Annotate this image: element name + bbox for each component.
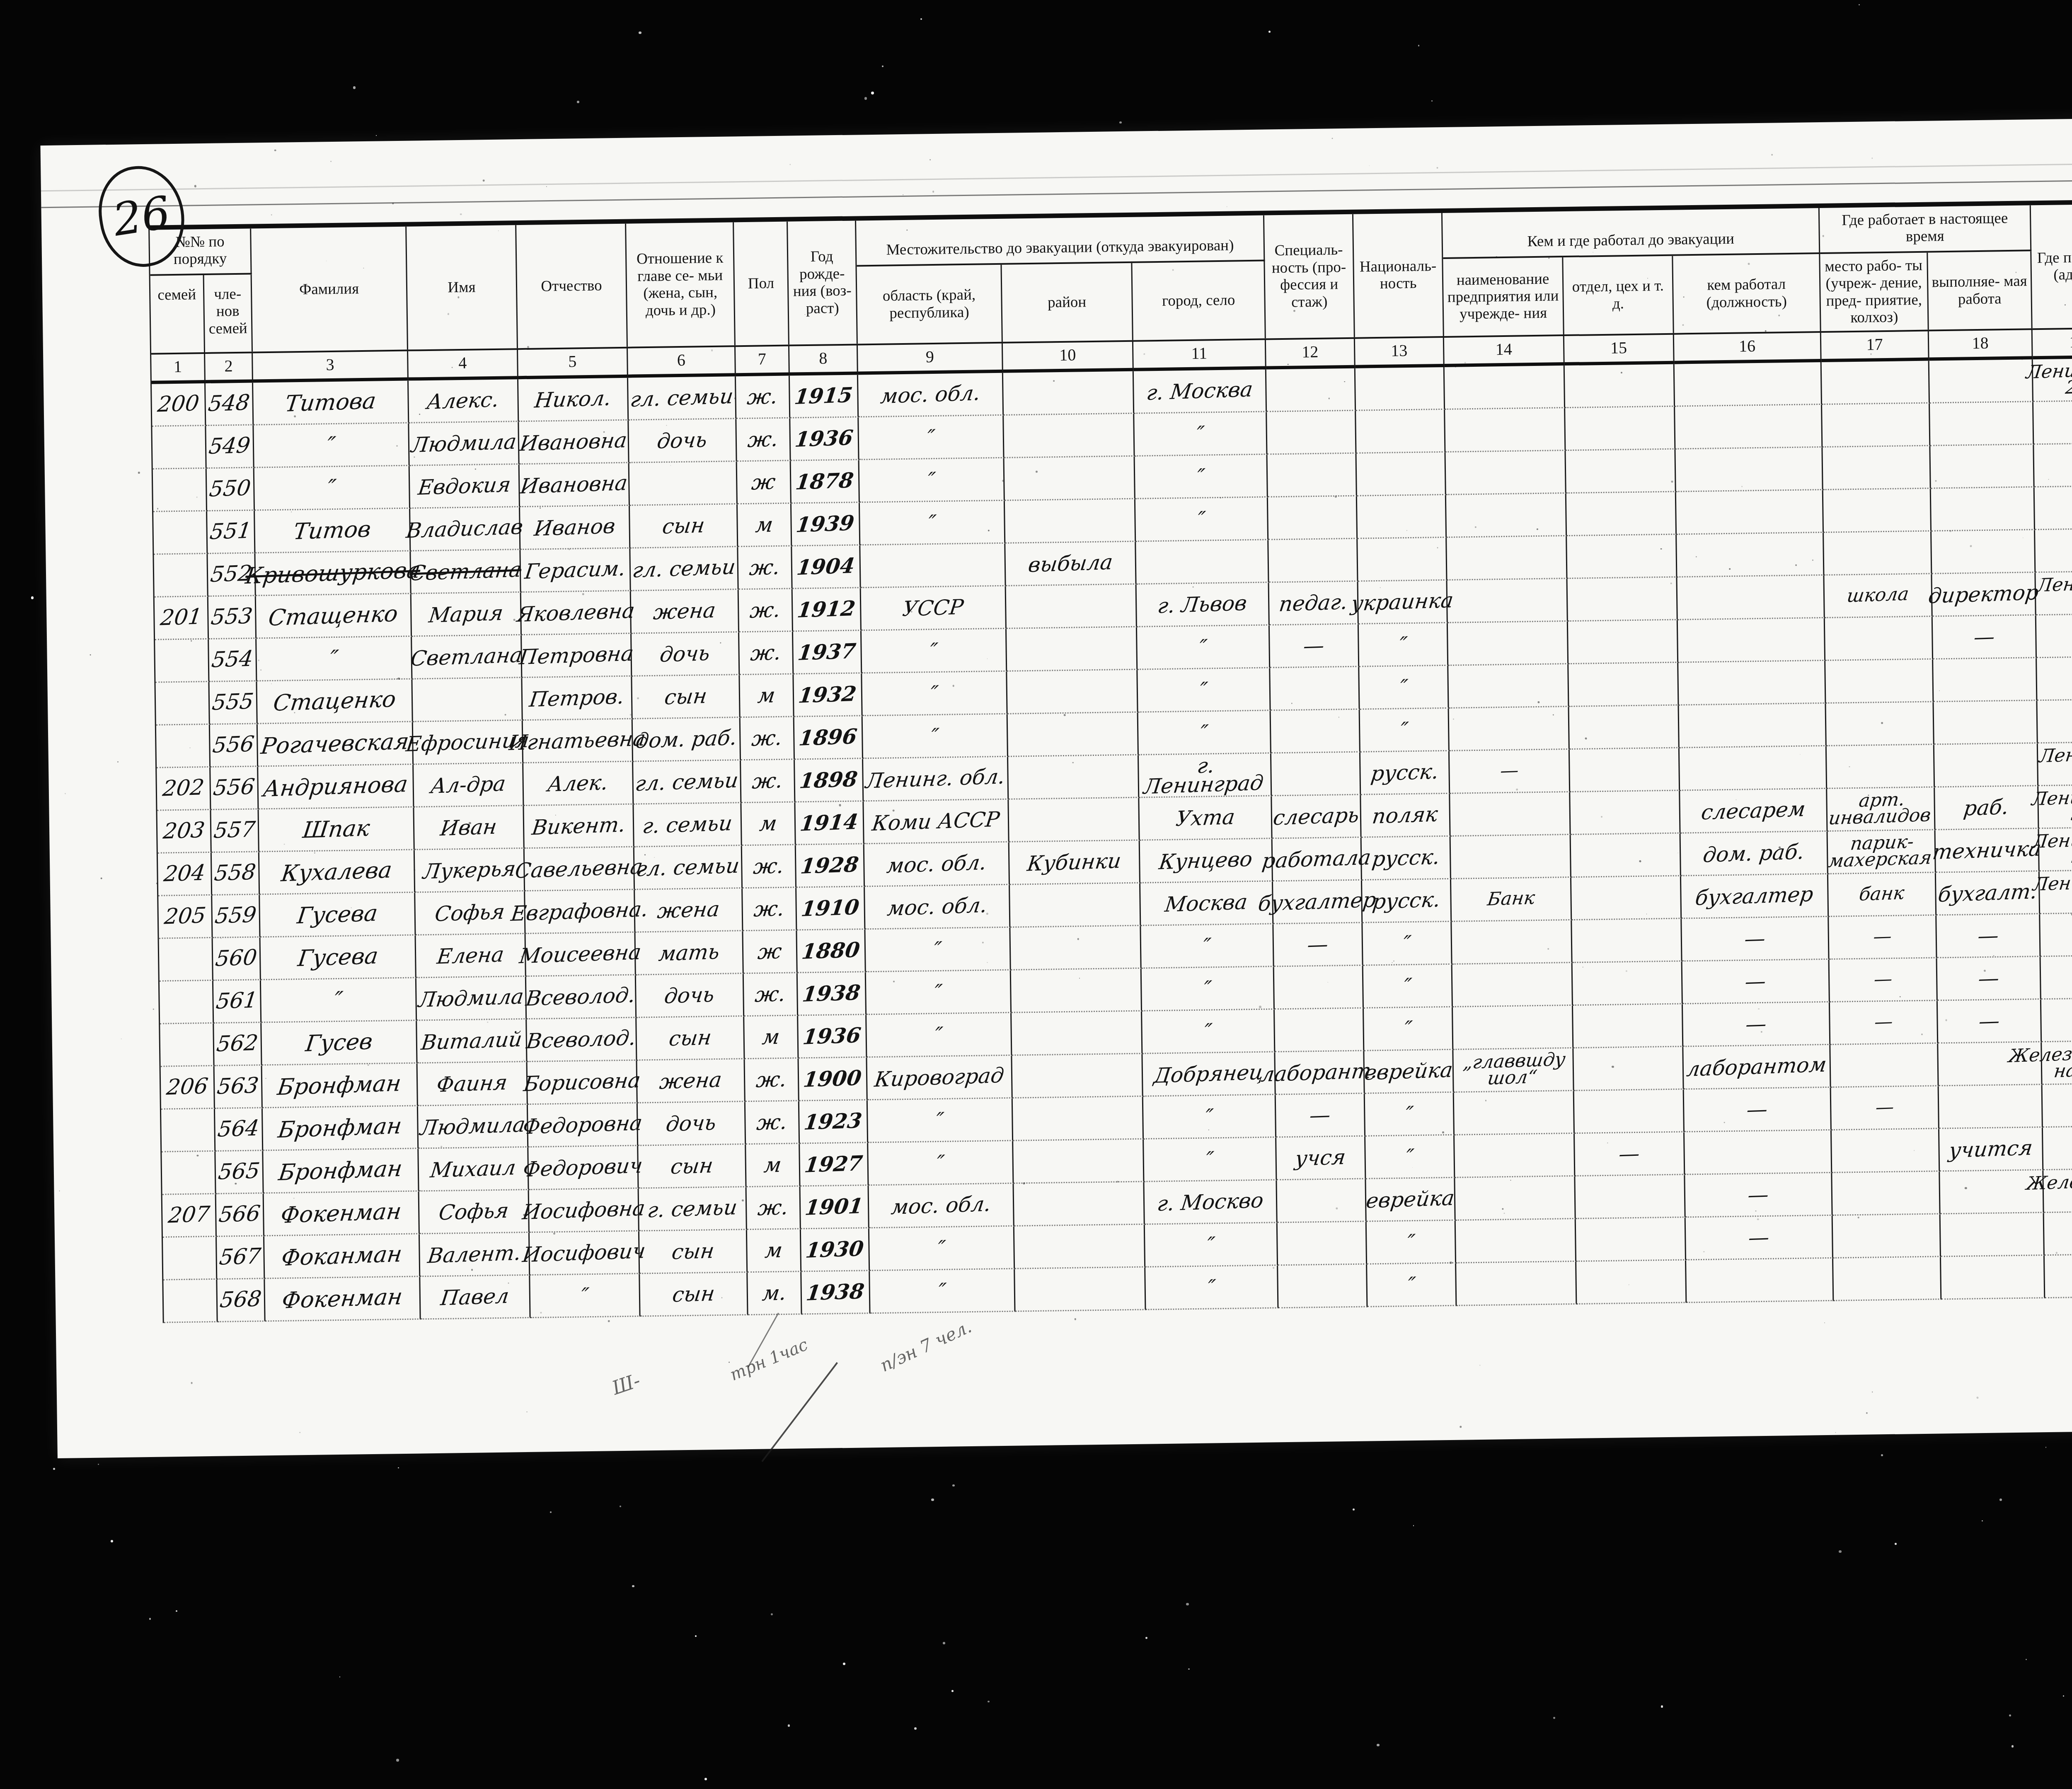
row-552-cell-18 bbox=[1932, 530, 2036, 574]
row-556-cell-19: ″ bbox=[2037, 700, 2072, 743]
row-565-cell-10 bbox=[1013, 1139, 1144, 1184]
handwritten-entry: 201 bbox=[159, 607, 203, 628]
row-563-cell-8: 1900 bbox=[799, 1058, 867, 1101]
row-553-cell-18: директор bbox=[1932, 573, 2036, 617]
row-564-cell-1 bbox=[161, 1109, 215, 1152]
handwritten-entry: „главвшду шол“ bbox=[1460, 1051, 1566, 1088]
handwritten-entry: ″ bbox=[1198, 680, 1208, 700]
header-prewar-work-group: Кем и где работал до эвакуации bbox=[1443, 208, 1820, 259]
row-551-cell-7: м bbox=[738, 504, 792, 547]
row-556-cell-12 bbox=[1271, 709, 1360, 753]
row-565-cell-14 bbox=[1455, 1134, 1575, 1178]
row-548-cell-5: Никол. bbox=[518, 378, 629, 421]
row-551-cell-18 bbox=[1931, 487, 2035, 531]
row-560-cell-14 bbox=[1452, 920, 1572, 965]
row-568-cell-4: Павел bbox=[420, 1276, 530, 1319]
row-548-cell-11: г. Москва bbox=[1134, 369, 1267, 414]
handwritten-entry: ″ bbox=[1404, 1147, 1414, 1166]
handwritten-entry: г. Ленинград bbox=[1136, 754, 1273, 796]
handwritten-entry: Гусев bbox=[304, 1031, 373, 1054]
handwritten-entry: Иванов bbox=[533, 516, 616, 538]
handwritten-entry: жена bbox=[658, 1070, 723, 1091]
row-566-cell-4: Софья bbox=[419, 1190, 530, 1234]
row-567-cell-6: сын bbox=[639, 1230, 748, 1274]
handwritten-entry: сын bbox=[670, 1241, 715, 1262]
row-563-cell-1: 206 bbox=[161, 1066, 215, 1110]
row-567-cell-8: 1930 bbox=[801, 1228, 870, 1272]
row-566-cell-11: г. Москво bbox=[1144, 1180, 1277, 1225]
handwritten-entry: Викент. bbox=[531, 815, 627, 837]
handwritten-entry: ″ bbox=[1403, 1019, 1413, 1038]
ink-speck bbox=[1976, 1397, 1978, 1399]
row-566-cell-9: мос. обл. bbox=[869, 1184, 1014, 1228]
row-560-cell-4: Елена bbox=[416, 934, 526, 978]
handwritten-entry: дом. раб. bbox=[1702, 842, 1806, 864]
header-position: кем работал (должность) bbox=[1673, 254, 1821, 333]
row-564-cell-17: — bbox=[1831, 1086, 1939, 1130]
ink-speck bbox=[1074, 1318, 1076, 1320]
row-557-cell-15 bbox=[1570, 791, 1680, 835]
handwritten-entry: поляк bbox=[1371, 804, 1439, 826]
row-557-cell-3: Шпак bbox=[259, 807, 414, 852]
dust-speck bbox=[53, 1468, 55, 1470]
row-550-cell-13 bbox=[1356, 453, 1446, 496]
row-561-cell-7: ж. bbox=[744, 973, 798, 1017]
row-551-cell-12 bbox=[1268, 496, 1358, 540]
row-566-cell-16: — bbox=[1685, 1173, 1832, 1218]
row-554-cell-5: Петровна bbox=[522, 634, 632, 678]
row-568-cell-5: ″ bbox=[530, 1274, 640, 1318]
dust-speck bbox=[871, 92, 874, 94]
row-548-cell-17 bbox=[1822, 361, 1930, 404]
handwritten-entry: Банк bbox=[1486, 890, 1535, 908]
dust-speck bbox=[1982, 1520, 1983, 1522]
handwritten-entry: бухгалтер bbox=[1694, 884, 1814, 908]
row-557-cell-13: поляк bbox=[1361, 794, 1450, 838]
row-568-cell-14 bbox=[1456, 1262, 1577, 1306]
handwritten-entry: ″ bbox=[1404, 1104, 1414, 1123]
dust-speck bbox=[376, 135, 377, 136]
dust-speck bbox=[1377, 1744, 1380, 1747]
row-565-cell-13: ″ bbox=[1365, 1135, 1455, 1179]
row-568-cell-1 bbox=[163, 1279, 218, 1323]
row-550-cell-3: ″ bbox=[254, 466, 410, 511]
handwritten-entry: арт. инвалидов bbox=[1828, 790, 1934, 827]
row-556-cell-7: ж. bbox=[741, 760, 795, 803]
row-552-cell-8: 1904 bbox=[792, 545, 861, 589]
ink-speck bbox=[526, 1411, 527, 1412]
handwritten-entry: Моисеевна bbox=[518, 942, 642, 966]
handwritten-entry: Всеволод. bbox=[525, 985, 637, 1008]
row-550-cell-2: 550 bbox=[207, 468, 255, 511]
row-566-cell-7: ж. bbox=[747, 1186, 801, 1230]
ink-speck bbox=[90, 654, 91, 656]
header-department: отдел, цех и т. д. bbox=[1563, 256, 1674, 334]
row-560-cell-15 bbox=[1572, 919, 1682, 963]
row-561-cell-5: Всеволод. bbox=[526, 975, 637, 1019]
row-549-cell-18 bbox=[1930, 402, 2034, 446]
row-548-cell-14 bbox=[1445, 366, 1565, 410]
row-568-cell-8: 1938 bbox=[801, 1271, 870, 1315]
row-552-cell-7: ж. bbox=[738, 546, 792, 590]
dust-speck bbox=[951, 1690, 954, 1692]
row-549-cell-7: ж. bbox=[736, 418, 791, 462]
header-column-number: 8 bbox=[789, 344, 858, 375]
dust-speck bbox=[1418, 45, 1420, 46]
row-567-cell-3: Фоканман bbox=[264, 1234, 420, 1279]
ink-speck bbox=[1824, 1322, 1825, 1323]
ink-speck bbox=[65, 793, 66, 794]
handwritten-entry: Гусева bbox=[296, 945, 379, 968]
row-561-cell-17: — bbox=[1830, 958, 1938, 1002]
row-564-cell-2: 564 bbox=[215, 1108, 263, 1151]
ink-speck bbox=[1226, 206, 1227, 207]
row-556-cell-10 bbox=[1008, 712, 1139, 757]
handwritten-entry: Шпак bbox=[301, 818, 370, 840]
handwritten-entry: ж. bbox=[751, 728, 784, 748]
handwritten-entry: гл. семьи bbox=[634, 770, 739, 793]
row-563-cell-4: Фаиня bbox=[418, 1062, 528, 1106]
handwritten-entry: 556 bbox=[212, 734, 255, 755]
row-553-cell-17: школа bbox=[1824, 574, 1932, 618]
page-number: 26 bbox=[109, 186, 174, 246]
row-554-cell-7: ж. bbox=[739, 632, 794, 675]
row-557-cell-7: м bbox=[741, 802, 796, 846]
row-554-cell-1 bbox=[155, 639, 209, 683]
row-556-cell-6: гл. семьи bbox=[633, 760, 741, 804]
handwritten-entry: 204 bbox=[162, 863, 206, 884]
handwritten-entry: 1904 bbox=[796, 556, 856, 577]
row-557-cell-9: Коми АССР bbox=[864, 799, 1009, 844]
row-567-cell-4: Валент. bbox=[420, 1233, 530, 1277]
row-548-cell-8: 1915 bbox=[790, 375, 859, 418]
handwritten-entry: Светлана bbox=[408, 560, 522, 583]
handwritten-entry: 1901 bbox=[804, 1196, 864, 1218]
row-550-cell-8: 1878 bbox=[791, 460, 860, 504]
row-564-cell-18 bbox=[1939, 1085, 2043, 1129]
row-551-cell-8: 1939 bbox=[792, 503, 860, 546]
handwritten-entry: 568 bbox=[219, 1289, 262, 1310]
handwritten-entry: Титов bbox=[292, 519, 372, 542]
row-564-cell-3: Бронфман bbox=[263, 1106, 419, 1151]
registry-table: №№ по порядку Фамилия Имя Отчество Отнош… bbox=[148, 199, 2072, 1323]
row-567-cell-19: ″ bbox=[2044, 1212, 2072, 1256]
handwritten-entry: 561 bbox=[215, 990, 259, 1012]
row-557-cell-19: Ленинская 39 bbox=[2038, 785, 2072, 829]
row-560-cell-1 bbox=[159, 938, 213, 982]
handwritten-entry: ″ bbox=[1196, 509, 1206, 529]
row-564-cell-9: ″ bbox=[868, 1098, 1013, 1143]
row-562-cell-5: Всеволод. bbox=[527, 1018, 637, 1062]
row-549-cell-2: 549 bbox=[206, 425, 254, 468]
handwritten-entry: — bbox=[1306, 934, 1329, 954]
row-554-cell-10 bbox=[1007, 627, 1138, 671]
row-553-cell-11: г. Львов bbox=[1137, 583, 1270, 627]
row-563-cell-3: Бронфман bbox=[262, 1063, 418, 1108]
handwritten-entry: — bbox=[1747, 1227, 1770, 1247]
row-558-cell-3: Кухалева bbox=[259, 850, 415, 895]
row-552-cell-4: Светлана bbox=[411, 550, 521, 594]
handwritten-entry: ″ bbox=[933, 982, 943, 1002]
row-551-cell-3: Титов bbox=[255, 508, 411, 553]
handwritten-entry: Софья bbox=[438, 1201, 510, 1222]
handwritten-entry: ″ bbox=[1204, 1107, 1214, 1126]
header-column-number: 14 bbox=[1444, 334, 1565, 367]
handwritten-entry: еврейка bbox=[1365, 1188, 1455, 1210]
row-555-cell-7: м bbox=[740, 674, 794, 718]
handwritten-entry: Владислав bbox=[405, 517, 525, 540]
handwritten-entry: Иосифовна bbox=[521, 1198, 646, 1222]
handwritten-entry: Ленинская 39 bbox=[2029, 830, 2072, 868]
handwritten-entry: — bbox=[1873, 971, 1893, 988]
handwritten-entry: ж. bbox=[748, 557, 781, 578]
header-nationality: Националь- ность bbox=[1353, 213, 1444, 337]
handwritten-entry: Андриянова bbox=[262, 774, 409, 799]
row-568-cell-6: сын bbox=[640, 1273, 748, 1317]
handwritten-entry: 564 bbox=[217, 1118, 260, 1140]
handwritten-entry: парик- махерская bbox=[1828, 833, 1935, 870]
row-564-cell-8: 1923 bbox=[799, 1100, 868, 1144]
header-column-number: 17 bbox=[1821, 329, 1929, 362]
handwritten-entry: ж. bbox=[749, 600, 782, 620]
row-567-cell-9: ″ bbox=[869, 1226, 1015, 1271]
handwritten-entry: Софья bbox=[434, 902, 506, 924]
handwritten-entry: Игнатьевна bbox=[508, 729, 646, 752]
handwritten-entry: школа bbox=[1846, 586, 1910, 605]
handwritten-entry: ″ bbox=[1206, 1278, 1216, 1297]
row-556-cell-17 bbox=[1826, 702, 1934, 746]
dust-speck bbox=[149, 1618, 151, 1620]
row-559-cell-1: 205 bbox=[158, 896, 213, 939]
row-568-cell-12 bbox=[1278, 1264, 1368, 1308]
handwritten-entry: ″ bbox=[937, 1281, 947, 1300]
row-554-cell-15 bbox=[1568, 620, 1678, 664]
ink-speck bbox=[274, 149, 276, 151]
handwritten-entry: ″ bbox=[1195, 424, 1205, 443]
dust-speck bbox=[339, 1676, 340, 1677]
row-555-cell-11: ″ bbox=[1138, 668, 1271, 712]
dust-speck bbox=[1431, 100, 1433, 102]
handwritten-entry: ″ bbox=[1402, 976, 1412, 995]
handwritten-entry: 1936 bbox=[802, 1026, 862, 1047]
handwritten-entry: ж. bbox=[753, 856, 785, 876]
row-564-cell-13: ″ bbox=[1365, 1092, 1455, 1136]
ink-speck bbox=[1866, 1412, 1868, 1414]
document-page: 26 №№ по порядку Фамилия Имя Отчество От… bbox=[40, 118, 2072, 1458]
row-561-cell-6: дочь bbox=[636, 974, 744, 1018]
handwritten-entry: ″ bbox=[935, 1110, 945, 1130]
handwritten-entry: Людмила bbox=[419, 1115, 526, 1138]
row-564-cell-12: — bbox=[1276, 1094, 1365, 1138]
row-556-cell-15 bbox=[1569, 705, 1680, 749]
row-550-cell-4: Евдокия bbox=[410, 465, 520, 508]
handwritten-entry: мос. обл. bbox=[879, 383, 981, 406]
row-548-cell-13 bbox=[1356, 367, 1445, 411]
dust-speck bbox=[1999, 1498, 2002, 1501]
handwritten-entry: Добрянец bbox=[1152, 1063, 1264, 1085]
ink-speck bbox=[271, 214, 272, 215]
row-559-cell-5: Евграфовна. bbox=[525, 890, 635, 934]
ink-speck bbox=[191, 1382, 193, 1384]
row-554-cell-6: дочь bbox=[632, 632, 740, 676]
row-562-cell-6: сын bbox=[637, 1017, 745, 1060]
handwritten-entry: Валент. bbox=[426, 1243, 522, 1265]
row-558-cell-17: парик- махерская bbox=[1828, 830, 1936, 874]
ink-speck bbox=[1437, 167, 1438, 169]
handwritten-entry: — bbox=[1874, 1099, 1895, 1116]
row-557-cell-16: слесарем bbox=[1680, 789, 1828, 834]
dust-speck bbox=[943, 1642, 945, 1644]
row-552-cell-10: выбыла bbox=[1005, 542, 1136, 586]
ink-speck bbox=[1872, 1392, 1873, 1393]
row-556-cell-6: дом. раб. bbox=[633, 718, 741, 762]
row-554-cell-11: ″ bbox=[1137, 625, 1270, 670]
row-568-cell-15 bbox=[1576, 1260, 1687, 1304]
row-561-cell-10 bbox=[1011, 968, 1142, 1013]
row-549-cell-9: ″ bbox=[859, 415, 1004, 460]
row-566-cell-17 bbox=[1832, 1172, 1940, 1215]
header-sex: Пол bbox=[734, 222, 789, 345]
handwritten-entry: жена bbox=[652, 600, 716, 622]
row-550-cell-11: ″ bbox=[1135, 455, 1268, 499]
handwritten-entry: м bbox=[764, 1240, 783, 1260]
row-566-cell-10 bbox=[1014, 1182, 1145, 1226]
row-565-cell-17 bbox=[1832, 1129, 1940, 1173]
row-551-cell-11: ″ bbox=[1135, 497, 1268, 542]
row-565-cell-5: Федорович bbox=[528, 1146, 639, 1190]
row-561-cell-15 bbox=[1573, 961, 1683, 1005]
row-563-cell-15 bbox=[1573, 1047, 1684, 1091]
row-549-cell-17 bbox=[1822, 403, 1930, 447]
row-556-cell-15 bbox=[1570, 748, 1680, 792]
ink-speck bbox=[194, 185, 196, 188]
handwritten-entry: ″ bbox=[1202, 936, 1212, 956]
handwritten-entry: м bbox=[758, 813, 778, 833]
row-558-cell-4: Лукерья bbox=[415, 849, 525, 893]
handwritten-entry: ж bbox=[750, 472, 777, 492]
row-549-cell-14 bbox=[1445, 408, 1566, 453]
row-566-cell-8: 1901 bbox=[801, 1186, 869, 1229]
row-564-cell-6: дочь bbox=[638, 1102, 746, 1146]
handwritten-entry: — bbox=[1872, 928, 1893, 946]
handwritten-entry: Савельевна bbox=[514, 857, 644, 881]
handwritten-entry: — bbox=[1308, 1105, 1331, 1125]
row-559-cell-6: жена bbox=[635, 888, 743, 932]
handwritten-entry: 206 bbox=[165, 1077, 209, 1098]
handwritten-entry: 1896 bbox=[798, 727, 858, 748]
handwritten-entry: Железнодор. 35 bbox=[2023, 1172, 2072, 1209]
row-549-cell-3: ″ bbox=[254, 423, 409, 468]
row-556-cell-16 bbox=[1680, 746, 1827, 791]
row-557-cell-17: арт. инвалидов bbox=[1827, 787, 1935, 831]
handwritten-entry: Елена bbox=[436, 945, 505, 966]
row-562-cell-9: ″ bbox=[867, 1013, 1012, 1058]
handwritten-entry: 557 bbox=[213, 820, 256, 841]
row-564-cell-11: ″ bbox=[1143, 1095, 1276, 1139]
row-550-cell-6 bbox=[629, 462, 738, 506]
row-564-cell-4: Людмила bbox=[418, 1105, 528, 1149]
row-560-cell-8: 1880 bbox=[797, 930, 866, 973]
row-549-cell-6: дочь bbox=[629, 419, 737, 463]
row-553-cell-13: украинка bbox=[1358, 580, 1448, 624]
dust-speck bbox=[2026, 1659, 2027, 1660]
row-561-cell-19: ″ bbox=[2041, 956, 2072, 1000]
pencil-note: п/эн 7 чел. bbox=[877, 1316, 975, 1376]
ink-speck bbox=[482, 179, 484, 182]
row-559-cell-15 bbox=[1571, 876, 1682, 920]
dust-speck bbox=[176, 1610, 177, 1612]
row-565-cell-12: учся bbox=[1276, 1136, 1366, 1180]
handwritten-entry: ж bbox=[757, 942, 783, 961]
handwritten-entry: Федоровна bbox=[522, 1113, 643, 1136]
header-column-number: 9 bbox=[858, 341, 1003, 375]
row-557-cell-18: раб. bbox=[1935, 786, 2039, 830]
row-556-cell-13: ″ bbox=[1360, 708, 1450, 752]
handwritten-entry: г. Москва bbox=[1145, 380, 1254, 402]
row-568-cell-2: 568 bbox=[217, 1279, 265, 1322]
row-565-cell-8: 1927 bbox=[800, 1143, 869, 1186]
handwritten-entry: ″ bbox=[1199, 723, 1209, 742]
ruled-line-faint bbox=[41, 163, 2072, 191]
row-556-cell-18 bbox=[1934, 743, 2038, 787]
handwritten-entry: мос. обл. bbox=[886, 896, 988, 918]
row-555-cell-1 bbox=[155, 682, 210, 726]
row-562-cell-13: ″ bbox=[1364, 1007, 1453, 1051]
ink-speck bbox=[117, 761, 119, 763]
handwritten-entry: дочь bbox=[665, 1113, 717, 1133]
handwritten-entry: м bbox=[754, 515, 774, 534]
handwritten-entry: ″ bbox=[932, 939, 942, 959]
row-551-cell-16 bbox=[1676, 490, 1824, 535]
row-562-cell-14 bbox=[1453, 1006, 1573, 1050]
row-556-cell-17 bbox=[1827, 745, 1935, 789]
row-558-cell-16: дом. раб. bbox=[1681, 832, 1828, 876]
row-557-cell-4: Иван bbox=[414, 806, 524, 850]
row-561-cell-18: — bbox=[1937, 957, 2041, 1001]
ink-speck bbox=[101, 877, 102, 879]
handwritten-entry: мос. обл. bbox=[890, 1194, 992, 1216]
row-549-cell-11: ″ bbox=[1134, 412, 1267, 456]
row-555-cell-6: сын bbox=[632, 675, 740, 719]
handwritten-entry: 1912 bbox=[796, 599, 857, 620]
handwritten-entry: 565 bbox=[217, 1161, 261, 1182]
handwritten-entry: 549 bbox=[208, 436, 251, 457]
row-563-cell-13: еврейка bbox=[1364, 1050, 1454, 1094]
row-553-cell-6: жена bbox=[631, 590, 739, 634]
row-552-cell-1 bbox=[154, 554, 208, 598]
handwritten-entry: 560 bbox=[214, 948, 258, 969]
handwritten-entry: — bbox=[1745, 1099, 1769, 1119]
handwritten-entry: Михаил bbox=[429, 1158, 517, 1180]
header-workplace-now: место рабо- ты (учреж- дение, пред- прия… bbox=[1820, 252, 1929, 331]
row-568-cell-16 bbox=[1686, 1258, 1834, 1303]
row-548-cell-7: ж. bbox=[736, 375, 790, 419]
header-surname: Фамилия bbox=[251, 227, 408, 352]
header-birth-year: Год рожде- ния (воз- раст) bbox=[788, 220, 858, 344]
row-549-cell-19: ″ bbox=[2033, 401, 2072, 445]
row-563-cell-2: 563 bbox=[215, 1065, 263, 1109]
handwritten-entry: Евдокия bbox=[417, 475, 512, 497]
handwritten-entry: Петровна bbox=[518, 644, 634, 666]
row-562-cell-19: ″ bbox=[2041, 998, 2072, 1042]
header-current-work-group: Где работает в настоящее время bbox=[1820, 205, 2031, 254]
row-560-cell-6: мать bbox=[635, 931, 743, 975]
dust-speck bbox=[1186, 1603, 1188, 1605]
handwritten-entry: 1880 bbox=[801, 940, 861, 961]
row-559-cell-14: Банк bbox=[1451, 878, 1572, 922]
header-column-number: 2 bbox=[205, 351, 253, 383]
row-556-cell-9: Ленинг. обл. bbox=[863, 757, 1009, 801]
